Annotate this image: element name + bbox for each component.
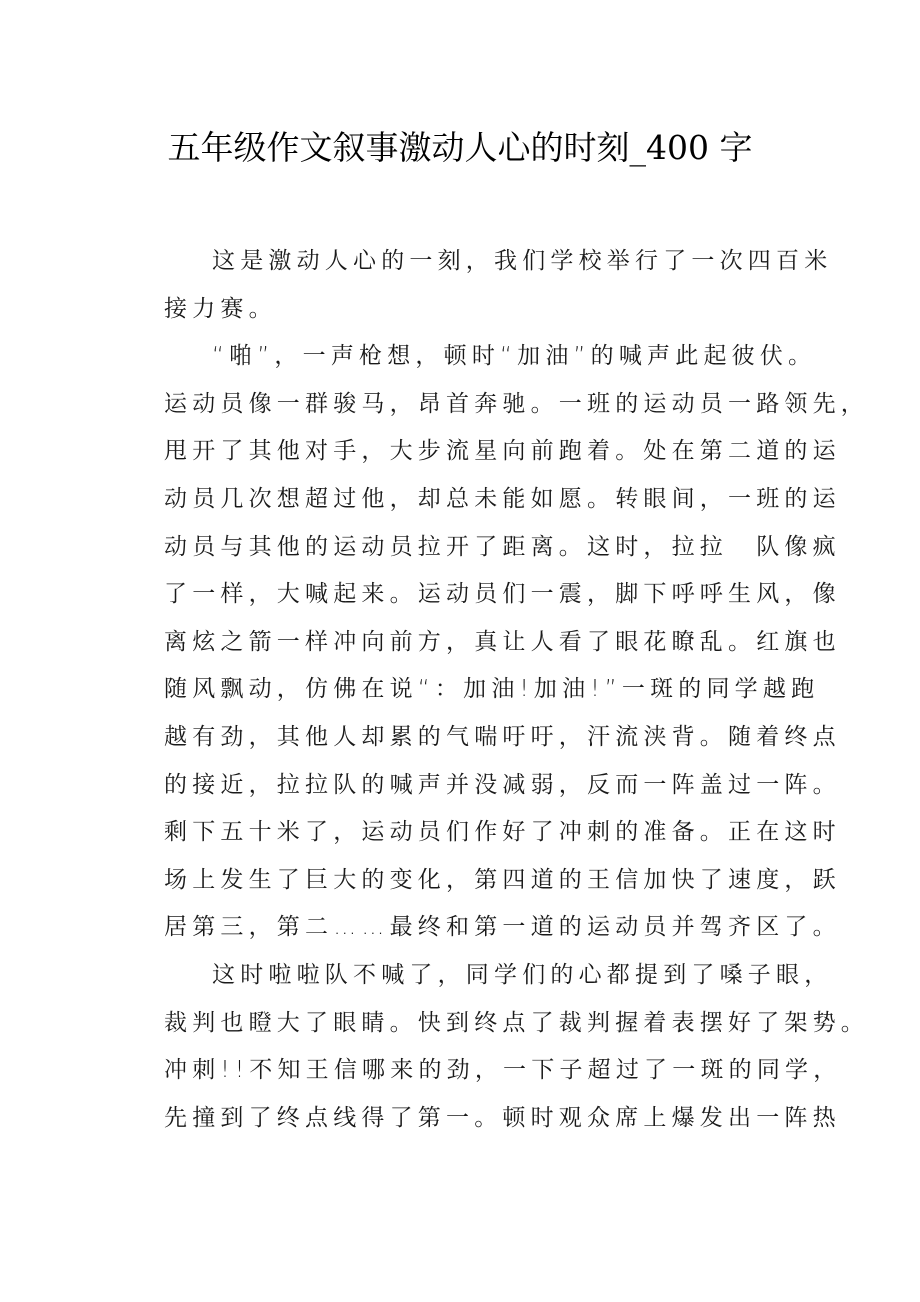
text-line: 越有劲，其他人却累的气喘吁吁，汗流浃背。随着终点 — [164, 714, 774, 762]
text-line: 运动员像一群骏马，昂首奔驰。一班的运动员一路领先， — [164, 381, 774, 429]
text-line: 接力赛。 — [164, 286, 774, 334]
text-line: 甩开了其他对手，大步流星向前跑着。处在第二道的运 — [164, 428, 774, 476]
text-line: 动员与其他的运动员拉开了距离。这时，拉拉 队像疯 — [164, 524, 774, 572]
text-line: 先撞到了终点线得了第一。顿时观众席上爆发出一阵热 — [164, 1095, 774, 1143]
text-line: 了一样，大喊起来。运动员们一震，脚下呼呼生风，像 — [164, 571, 774, 619]
text-line: 离炫之箭一样冲向前方，真让人看了眼花瞭乱。红旗也 — [164, 619, 774, 667]
text-line: 随风飘动，仿佛在说“：加油!加油!”一斑的同学越跑 — [164, 666, 774, 714]
text-line: 冲刺!!不知王信哪来的劲，一下子超过了一斑的同学， — [164, 1047, 774, 1095]
text-line: 这是激动人心的一刻，我们学校举行了一次四百米 — [164, 238, 774, 286]
document-title: 五年级作文叙事激动人心的时刻_400 字 — [0, 126, 920, 170]
text-line: 场上发生了巨大的变化，第四道的王信加快了速度，跃 — [164, 857, 774, 905]
text-line: 这时啦啦队不喊了，同学们的心都提到了嗓子眼， — [164, 952, 774, 1000]
text-line: “啪”，一声枪想，顿时“加油”的喊声此起彼伏。 — [164, 333, 774, 381]
document-body: 这是激动人心的一刻，我们学校举行了一次四百米 接力赛。 “啪”，一声枪想，顿时“… — [164, 238, 774, 1142]
text-line: 动员几次想超过他，却总未能如愿。转眼间，一班的运 — [164, 476, 774, 524]
text-line: 裁判也瞪大了眼睛。快到终点了裁判握着表摆好了架势。 — [164, 1000, 774, 1048]
text-line: 居第三，第二……最终和第一道的运动员并驾齐区了。 — [164, 904, 774, 952]
document-page: 五年级作文叙事激动人心的时刻_400 字 这是激动人心的一刻，我们学校举行了一次… — [0, 0, 920, 1302]
text-line: 剩下五十米了，运动员们作好了冲刺的准备。正在这时 — [164, 809, 774, 857]
text-line: 的接近，拉拉队的喊声并没减弱，反而一阵盖过一阵。 — [164, 762, 774, 810]
